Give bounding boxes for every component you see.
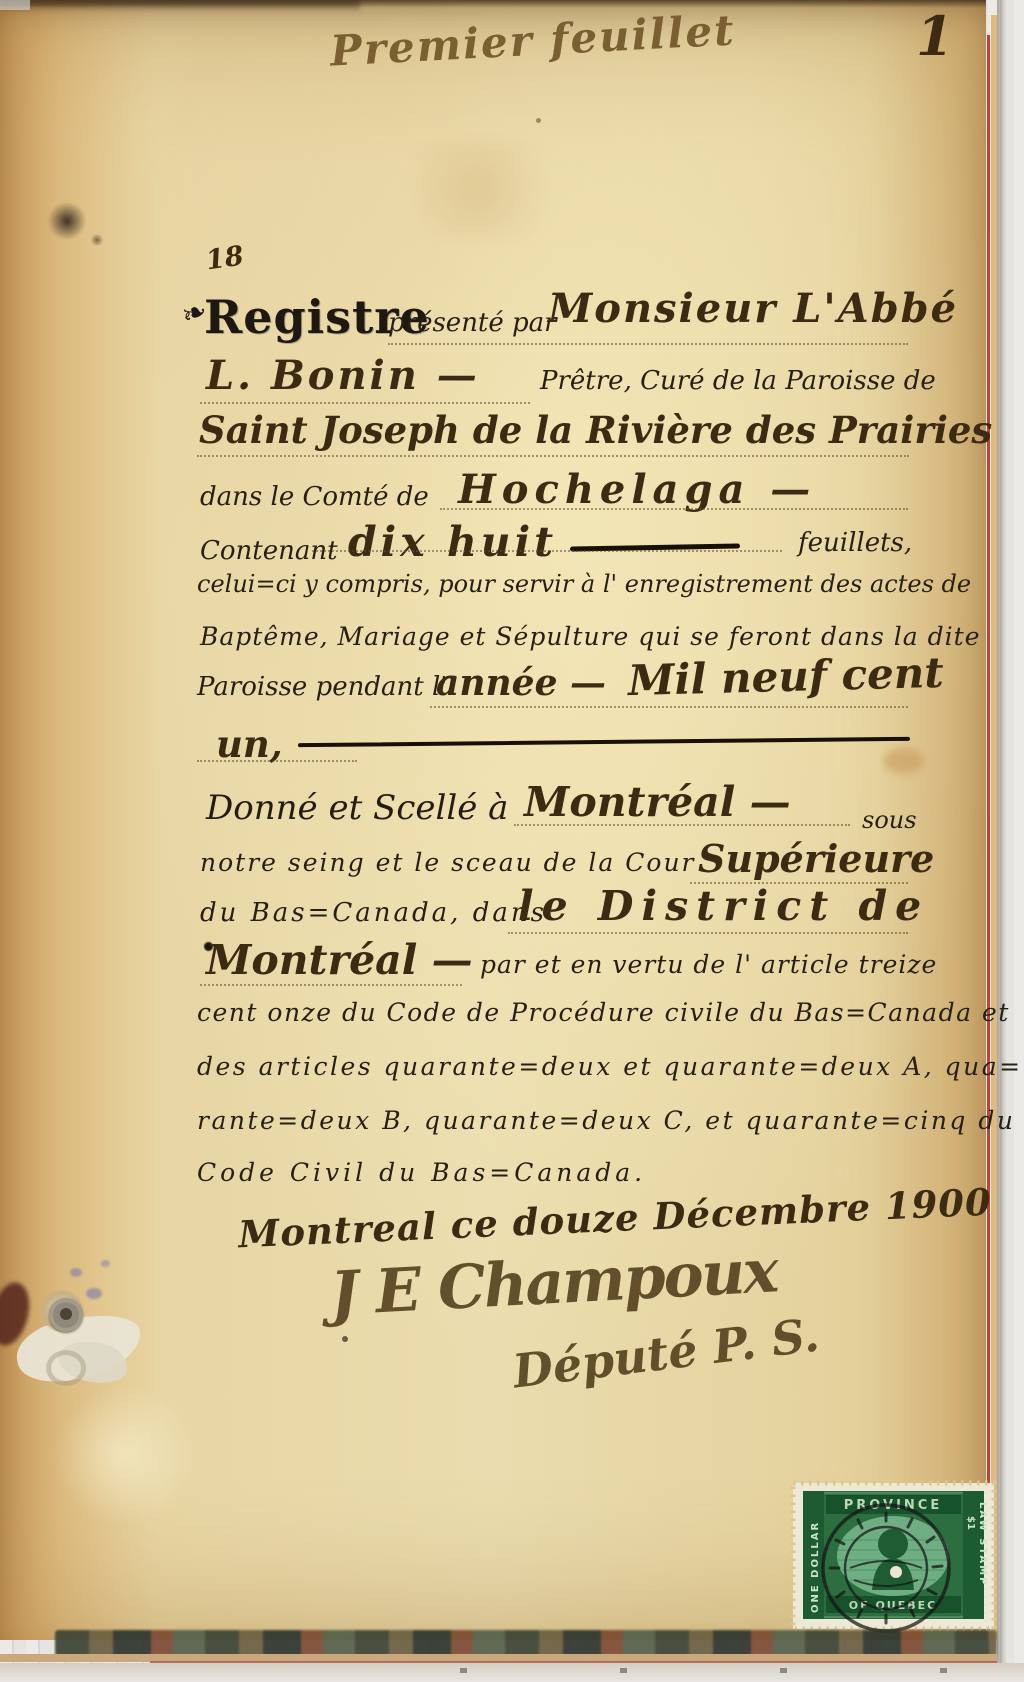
revenue-stamp: PROVINCE OF QUEBEC ONE DOLLAR LAW STAMP … — [790, 1480, 997, 1632]
fill-line — [430, 706, 908, 708]
fill-line — [388, 343, 908, 345]
fill-line — [200, 984, 462, 986]
printed-bas-canada: du Bas=Canada, dans — [200, 898, 547, 928]
printed-rante: rante=deux B, quarante=deux C, et quaran… — [197, 1106, 1015, 1135]
printed-bapteme: Baptême, Mariage et Sépulture qui se fer… — [200, 622, 981, 651]
ink-dot — [342, 1336, 348, 1342]
printed-presente-par: présenté par — [388, 308, 557, 338]
fill-line — [312, 550, 782, 552]
written-paroisse-nom: Saint Joseph de la Rivière des Prairies — [199, 408, 992, 452]
printed-vertu: par et en vertu de l' article treize — [480, 950, 937, 979]
written-mil-neuf-cent: Mil neuf cent — [627, 648, 944, 705]
blue-ink-stain — [86, 1288, 102, 1299]
paper-stain — [390, 140, 570, 240]
book-edge-marbling — [55, 1630, 997, 1656]
revenue-stamp-graphic: PROVINCE OF QUEBEC ONE DOLLAR LAW STAMP … — [790, 1480, 997, 1632]
underpage-edge — [991, 15, 997, 1640]
page-number: 1 — [916, 4, 954, 68]
fill-line — [440, 508, 908, 510]
ink-blotch — [46, 203, 88, 239]
ink-blotch-small — [90, 234, 104, 246]
paper-stain-brown — [884, 748, 924, 774]
printed-pretre: Prêtre, Curé de la Paroisse de — [540, 366, 936, 396]
printed-comte: dans le Comté de — [200, 482, 429, 512]
stamp-side-right: LAW STAMP — [977, 1502, 988, 1586]
register-scan-page: Premier feuillet 1 18 ❧ Registre présent… — [0, 0, 1024, 1682]
page-shadow — [997, 0, 1007, 1682]
printed-sous: sous — [862, 806, 917, 834]
fill-line — [197, 455, 909, 457]
bottom-specks — [380, 1668, 980, 1673]
printed-feuillets: feuillets, — [798, 528, 912, 558]
printed-pendant: Paroisse pendant l' — [197, 672, 447, 702]
underpage-edge-red — [987, 35, 990, 1630]
written-montreal: Montréal — — [524, 778, 791, 826]
stamp-side-left: ONE DOLLAR — [810, 1521, 821, 1613]
margin-number: 18 — [204, 241, 246, 277]
written-montreal-2: Montréal — — [206, 936, 473, 984]
written-annee: année — — [436, 662, 606, 704]
stamp-flaw — [890, 1566, 902, 1578]
printed-cent-onze: cent onze du Code de Procédure civile du… — [197, 998, 1010, 1027]
binding-grommet-hole — [60, 1308, 72, 1320]
printed-seing: notre seing et le sceau de la Cour — [200, 848, 696, 877]
pale-stain — [50, 1385, 200, 1525]
printed-compris: celui=ci y compris, pour servir à l' enr… — [197, 570, 971, 598]
blue-ink-stain — [70, 1268, 82, 1277]
blue-ink-stain — [101, 1260, 110, 1267]
paper-top-edge-shadow — [0, 0, 360, 12]
scan-corner — [0, 0, 30, 10]
written-district: le District de — [518, 882, 929, 930]
printed-code-civil: Code Civil du Bas=Canada. — [197, 1158, 646, 1187]
printed-donne-scelle: Donné et Scellé à — [206, 788, 508, 828]
written-comte: Hochelaga — — [458, 466, 816, 513]
fill-line — [197, 760, 357, 762]
written-feuillets-count: dix huit — [348, 518, 557, 566]
binding-grommet-second — [46, 1350, 86, 1386]
written-monsieur-abbe: Monsieur L'Abbé — [548, 285, 958, 332]
fill-line — [514, 824, 850, 826]
stamp-denomination: $1 — [965, 1516, 976, 1530]
printed-articles: des articles quarante=deux et quarante=d… — [197, 1052, 1023, 1081]
ink-dot — [536, 118, 541, 123]
fill-line — [200, 402, 530, 404]
written-cure-name: L. Bonin — — [206, 352, 480, 399]
written-superieure: Supérieure — [698, 836, 934, 881]
fill-line — [508, 932, 908, 934]
